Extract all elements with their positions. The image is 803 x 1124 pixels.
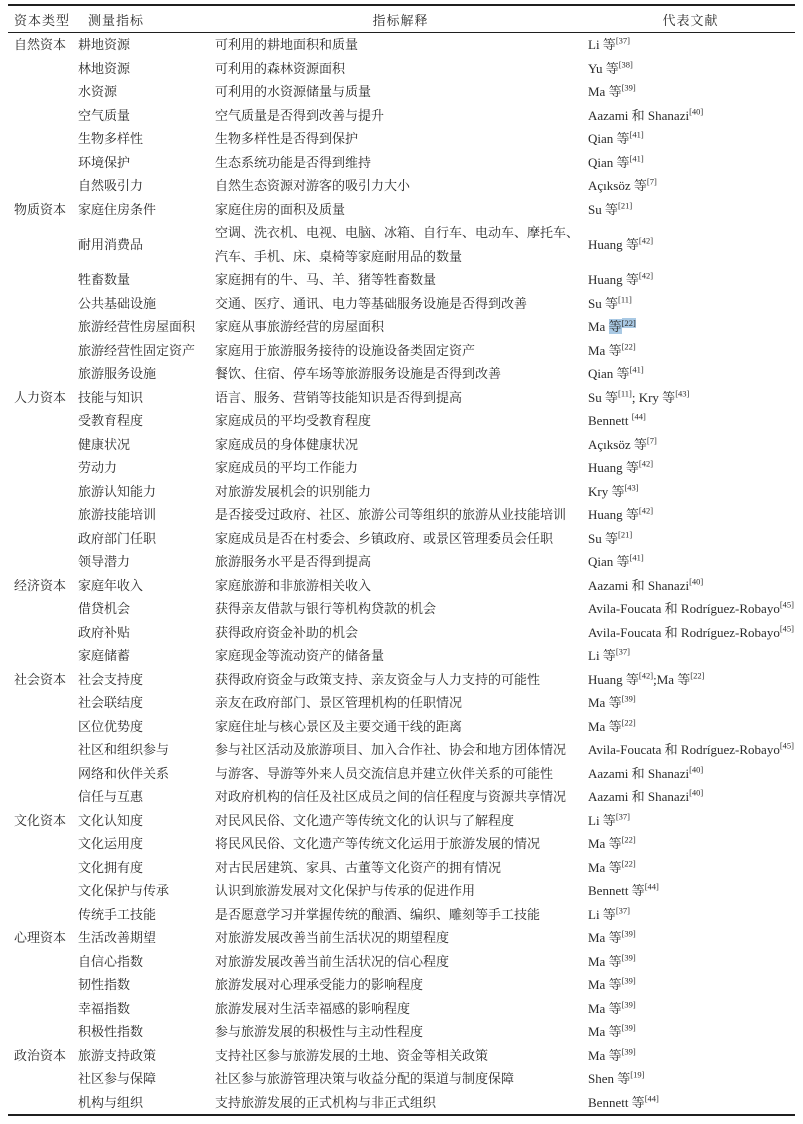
indicator-label: 劳动力	[78, 460, 117, 475]
table-row: 领导潜力旅游服务水平是否得到提高Qian 等[41]	[8, 550, 795, 574]
indicator-label: 借贷机会	[78, 601, 130, 616]
explanation-text: 家庭住址与核心景区及主要交通干线的距离	[215, 719, 462, 734]
explanation-cell: 旅游服务水平是否得到提高	[215, 550, 586, 574]
explanation-text: 亲友在政府部门、景区管理机构的任职情况	[215, 695, 462, 710]
explanation-text: 对政府机构的信任及社区成员之间的信任程度与资源共享情况	[215, 789, 566, 804]
explanation-cell: 与游客、导游等外来人员交流信息并建立伙伴关系的可能性	[215, 762, 586, 786]
citation-superscript: [40]	[689, 576, 703, 586]
citation-superscript: [41]	[630, 153, 644, 163]
table-row: 耐用消费品空调、洗衣机、电视、电脑、冰箱、自行车、电动车、摩托车、汽车、手机、床…	[8, 221, 795, 268]
table-row: 文化资本文化认知度对民风民俗、文化遗产等传统文化的认识与了解程度Li 等[37]	[8, 809, 795, 833]
capital-type-cell	[8, 691, 78, 715]
citation-superscript: [7]	[647, 177, 657, 187]
indicator-cell: 环境保护	[78, 151, 215, 175]
explanation-cell: 旅游发展对生活幸福感的影响程度	[215, 997, 586, 1021]
reference-cell: Su 等[11]; Kry 等[43]	[586, 386, 795, 410]
explanation-cell: 语言、服务、营销等技能知识是否得到提高	[215, 386, 586, 410]
table-row: 借贷机会获得亲友借款与银行等机构贷款的机会Avila-Foucata 和 Rod…	[8, 597, 795, 621]
explanation-text: 获得政府资金补助的机会	[215, 625, 358, 640]
indicator-label: 旅游服务设施	[78, 366, 156, 381]
reference-text: Huang 等	[588, 237, 639, 252]
explanation-text: 获得政府资金与政策支持、亲友资金与人力支持的可能性	[215, 672, 540, 687]
reference-text: Bennett 等	[588, 883, 645, 898]
explanation-text: 可利用的森林资源面积	[215, 61, 345, 76]
indicator-cell: 传统手工技能	[78, 903, 215, 927]
explanation-cell: 对民风民俗、文化遗产等传统文化的认识与了解程度	[215, 809, 586, 833]
indicator-cell: 文化拥有度	[78, 856, 215, 880]
capital-type-cell	[8, 527, 78, 551]
column-header-capital-type: 资本类型	[8, 5, 78, 33]
indicator-label: 文化拥有度	[78, 860, 143, 875]
capital-type-cell	[8, 456, 78, 480]
capital-type-cell	[8, 315, 78, 339]
citation-superscript: [11]	[618, 294, 632, 304]
page: 资本类型 测量指标 指标解释 代表文献 自然资本耕地资源可利用的耕地面积和质量L…	[0, 0, 803, 1124]
capital-type-cell	[8, 762, 78, 786]
table-row: 政府部门任职家庭成员是否在村委会、乡镇政府、或景区管理委员会任职Su 等[21]	[8, 527, 795, 551]
indicator-label: 旅游经营性房屋面积	[78, 319, 195, 334]
table-row: 环境保护生态系统功能是否得到维持Qian 等[41]	[8, 151, 795, 175]
citation-superscript: [22]	[622, 717, 636, 727]
citation-superscript: [45]	[780, 741, 794, 751]
explanation-cell: 是否接受过政府、社区、旅游公司等组织的旅游从业技能培训	[215, 503, 586, 527]
indicator-cell: 耕地资源	[78, 33, 215, 57]
reference-cell: Shen 等[19]	[586, 1067, 795, 1091]
table-row: 家庭储蓄家庭现金等流动资产的储备量Li 等[37]	[8, 644, 795, 668]
explanation-text: 对古民居建筑、家具、古董等文化资产的拥有情况	[215, 860, 501, 875]
reference-text: Su 等	[588, 202, 618, 217]
table-row: 心理资本生活改善期望对旅游发展改善当前生活状况的期望程度Ma 等[39]	[8, 926, 795, 950]
explanation-text: 空气质量是否得到改善与提升	[215, 108, 384, 123]
reference-cell: Açıksöz 等[7]	[586, 433, 795, 457]
table-row: 旅游技能培训是否接受过政府、社区、旅游公司等组织的旅游从业技能培训Huang 等…	[8, 503, 795, 527]
capital-type-cell: 社会资本	[8, 668, 78, 692]
reference-text: Qian 等	[588, 366, 630, 381]
explanation-cell: 对旅游发展改善当前生活状况的期望程度	[215, 926, 586, 950]
reference-cell: Li 等[37]	[586, 33, 795, 57]
reference-cell: Ma 等[39]	[586, 973, 795, 997]
explanation-cell: 家庭成员的平均受教育程度	[215, 409, 586, 433]
table-row: 自信心指数对旅游发展改善当前生活状况的信心程度Ma 等[39]	[8, 950, 795, 974]
indicator-cell: 韧性指数	[78, 973, 215, 997]
capital-type-cell: 经济资本	[8, 574, 78, 598]
explanation-text: 是否愿意学习并掌握传统的酿酒、编织、雕刻等手工技能	[215, 907, 540, 922]
indicator-label: 文化运用度	[78, 836, 143, 851]
capital-type-cell	[8, 785, 78, 809]
reference-text: Shen 等	[588, 1071, 630, 1086]
citation-superscript: [22]	[690, 670, 704, 680]
reference-cell: Qian 等[41]	[586, 127, 795, 151]
explanation-cell: 亲友在政府部门、景区管理机构的任职情况	[215, 691, 586, 715]
indicator-cell: 社区参与保障	[78, 1067, 215, 1091]
indicator-cell: 家庭储蓄	[78, 644, 215, 668]
capital-type-cell	[8, 621, 78, 645]
indicator-cell: 社会联结度	[78, 691, 215, 715]
citation-superscript: [40]	[689, 764, 703, 774]
citation-superscript: [39]	[622, 976, 636, 986]
capital-type-label: 自然资本	[14, 37, 66, 52]
reference-text: Qian 等	[588, 155, 630, 170]
indicator-label: 家庭年收入	[78, 578, 143, 593]
table-row: 积极性指数参与旅游发展的积极性与主动性程度Ma 等[39]	[8, 1020, 795, 1044]
citation-superscript: [43]	[675, 388, 689, 398]
explanation-text: 对旅游发展改善当前生活状况的期望程度	[215, 930, 449, 945]
citation-superscript: [40]	[689, 106, 703, 116]
indicator-cell: 旅游经营性固定资产	[78, 339, 215, 363]
reference-cell: Açıksöz 等[7]	[586, 174, 795, 198]
indicator-label: 林地资源	[78, 61, 130, 76]
explanation-text: 支持社区参与旅游发展的土地、资金等相关政策	[215, 1048, 488, 1063]
capital-type-cell	[8, 550, 78, 574]
explanation-cell: 交通、医疗、通讯、电力等基础服务设施是否得到改善	[215, 292, 586, 316]
indicator-cell: 社会支持度	[78, 668, 215, 692]
indicator-label: 生活改善期望	[78, 930, 156, 945]
table-row: 机构与组织支持旅游发展的正式机构与非正式组织Bennett 等[44]	[8, 1091, 795, 1116]
capital-type-cell	[8, 973, 78, 997]
indicator-table: 资本类型 测量指标 指标解释 代表文献 自然资本耕地资源可利用的耕地面积和质量L…	[8, 4, 795, 1116]
indicator-cell: 旅游认知能力	[78, 480, 215, 504]
explanation-text: 对旅游发展改善当前生活状况的信心程度	[215, 954, 449, 969]
reference-cell: Su 等[11]	[586, 292, 795, 316]
reference-cell: Aazami 和 Shanazi[40]	[586, 574, 795, 598]
capital-type-cell	[8, 151, 78, 175]
explanation-text: 支持旅游发展的正式机构与非正式组织	[215, 1095, 436, 1110]
citation-superscript: [41]	[630, 365, 644, 375]
table-row: 旅游经营性房屋面积家庭从事旅游经营的房屋面积Ma 等[22]	[8, 315, 795, 339]
explanation-text: 旅游发展对生活幸福感的影响程度	[215, 1001, 410, 1016]
table-row: 传统手工技能是否愿意学习并掌握传统的酿酒、编织、雕刻等手工技能Li 等[37]	[8, 903, 795, 927]
capital-type-cell	[8, 292, 78, 316]
capital-type-cell	[8, 1067, 78, 1091]
indicator-cell: 公共基础设施	[78, 292, 215, 316]
indicator-cell: 林地资源	[78, 57, 215, 81]
indicator-label: 耐用消费品	[78, 237, 143, 252]
indicator-cell: 空气质量	[78, 104, 215, 128]
indicator-cell: 文化认知度	[78, 809, 215, 833]
table-row: 旅游经营性固定资产家庭用于旅游服务接待的设施设备类固定资产Ma 等[22]	[8, 339, 795, 363]
table-row: 韧性指数旅游发展对心理承受能力的影响程度Ma 等[39]	[8, 973, 795, 997]
column-header-reference: 代表文献	[586, 5, 795, 33]
reference-cell: Ma 等[22]	[586, 832, 795, 856]
explanation-text: 空调、洗衣机、电视、电脑、冰箱、自行车、电动车、摩托车、汽车、手机、床、桌椅等家…	[215, 225, 579, 264]
reference-cell: Kry 等[43]	[586, 480, 795, 504]
indicator-cell: 健康状况	[78, 433, 215, 457]
indicator-cell: 家庭年收入	[78, 574, 215, 598]
reference-cell: Bennett 等[44]	[586, 879, 795, 903]
indicator-label: 水资源	[78, 84, 117, 99]
explanation-text: 家庭现金等流动资产的储备量	[215, 648, 384, 663]
capital-type-cell	[8, 480, 78, 504]
reference-text: Huang 等	[588, 460, 639, 475]
reference-text: Ma 等	[588, 1001, 622, 1016]
indicator-cell: 旅游经营性房屋面积	[78, 315, 215, 339]
indicator-label: 受教育程度	[78, 413, 143, 428]
reference-text: Qian 等	[588, 131, 630, 146]
indicator-label: 健康状况	[78, 437, 130, 452]
indicator-label: 旅游经营性固定资产	[78, 343, 195, 358]
reference-text: Huang 等	[588, 672, 639, 687]
citation-superscript: [37]	[616, 811, 630, 821]
reference-cell: Ma 等[39]	[586, 997, 795, 1021]
table-row: 自然吸引力自然生态资源对游客的吸引力大小Açıksöz 等[7]	[8, 174, 795, 198]
explanation-text: 家庭成员的平均工作能力	[215, 460, 358, 475]
reference-cell: Huang 等[42]	[586, 221, 795, 268]
reference-text: Li 等	[588, 648, 616, 663]
indicator-label: 网络和伙伴关系	[78, 766, 169, 781]
explanation-text: 旅游发展对心理承受能力的影响程度	[215, 977, 423, 992]
reference-text: Kry 等	[588, 484, 624, 499]
explanation-text: 可利用的耕地面积和质量	[215, 37, 358, 52]
indicator-label: 自然吸引力	[78, 178, 143, 193]
citation-superscript: [42]	[639, 235, 653, 245]
reference-text: Açıksöz 等	[588, 437, 647, 452]
reference-text: Ma 等	[588, 860, 622, 875]
citation-superscript: [42]	[639, 506, 653, 516]
citation-superscript: [38]	[619, 59, 633, 69]
explanation-cell: 生物多样性是否得到保护	[215, 127, 586, 151]
explanation-text: 家庭拥有的牛、马、羊、猪等牲畜数量	[215, 272, 436, 287]
indicator-label: 社会支持度	[78, 672, 143, 687]
indicator-cell: 领导潜力	[78, 550, 215, 574]
reference-cell: Ma 等[22]	[586, 315, 795, 339]
reference-cell: Ma 等[39]	[586, 950, 795, 974]
indicator-label: 技能与知识	[78, 390, 143, 405]
capital-type-cell	[8, 997, 78, 1021]
reference-text: Avila-Foucata 和 Rodríguez-Robayo	[588, 625, 780, 640]
indicator-label: 家庭储蓄	[78, 648, 130, 663]
explanation-text: 自然生态资源对游客的吸引力大小	[215, 178, 410, 193]
capital-type-cell	[8, 715, 78, 739]
reference-text: Avila-Foucata 和 Rodríguez-Robayo	[588, 742, 780, 757]
reference-cell: Ma 等[39]	[586, 1044, 795, 1068]
citation-superscript: [21]	[618, 529, 632, 539]
reference-text: Li 等	[588, 37, 616, 52]
citation-superscript: [39]	[622, 1023, 636, 1033]
capital-type-cell	[8, 856, 78, 880]
indicator-cell: 信任与互惠	[78, 785, 215, 809]
reference-text: Ma 等	[588, 84, 622, 99]
explanation-cell: 家庭现金等流动资产的储备量	[215, 644, 586, 668]
reference-text: Aazami 和 Shanazi	[588, 108, 689, 123]
table-row: 水资源可利用的水资源储量与质量Ma 等[39]	[8, 80, 795, 104]
indicator-cell: 借贷机会	[78, 597, 215, 621]
explanation-cell: 家庭住址与核心景区及主要交通干线的距离	[215, 715, 586, 739]
reference-text: Qian 等	[588, 554, 630, 569]
citation-superscript: [22]	[622, 858, 636, 868]
reference-cell: Huang 等[42]	[586, 503, 795, 527]
capital-type-cell: 自然资本	[8, 33, 78, 57]
reference-cell: Qian 等[41]	[586, 362, 795, 386]
table-row: 幸福指数旅游发展对生活幸福感的影响程度Ma 等[39]	[8, 997, 795, 1021]
reference-cell: Qian 等[41]	[586, 550, 795, 574]
capital-type-cell	[8, 879, 78, 903]
indicator-cell: 受教育程度	[78, 409, 215, 433]
explanation-text: 餐饮、住宿、停车场等旅游服务设施是否得到改善	[215, 366, 501, 381]
explanation-text: 家庭用于旅游服务接待的设施设备类固定资产	[215, 343, 475, 358]
reference-cell: Avila-Foucata 和 Rodríguez-Robayo[45]	[586, 738, 795, 762]
reference-text: Ma 等	[588, 1048, 622, 1063]
citation-superscript: [22]	[622, 318, 636, 328]
indicator-cell: 文化保护与传承	[78, 879, 215, 903]
explanation-text: 语言、服务、营销等技能知识是否得到提高	[215, 390, 462, 405]
table-row: 人力资本技能与知识语言、服务、营销等技能知识是否得到提高Su 等[11]; Kr…	[8, 386, 795, 410]
capital-type-cell	[8, 174, 78, 198]
table-row: 公共基础设施交通、医疗、通讯、电力等基础服务设施是否得到改善Su 等[11]	[8, 292, 795, 316]
explanation-text: 对旅游发展机会的识别能力	[215, 484, 371, 499]
capital-type-cell	[8, 57, 78, 81]
reference-text: Bennett	[588, 413, 632, 428]
table-row: 政治资本旅游支持政策支持社区参与旅游发展的土地、资金等相关政策Ma 等[39]	[8, 1044, 795, 1068]
reference-cell: Bennett [44]	[586, 409, 795, 433]
explanation-cell: 获得亲友借款与银行等机构贷款的机会	[215, 597, 586, 621]
capital-type-cell	[8, 503, 78, 527]
citation-superscript: [22]	[622, 835, 636, 845]
citation-superscript: [40]	[689, 788, 703, 798]
explanation-cell: 参与社区活动及旅游项目、加入合作社、协会和地方团体情况	[215, 738, 586, 762]
capital-type-cell	[8, 1020, 78, 1044]
capital-type-cell	[8, 339, 78, 363]
explanation-cell: 家庭住房的面积及质量	[215, 198, 586, 222]
explanation-cell: 参与旅游发展的积极性与主动性程度	[215, 1020, 586, 1044]
reference-text: Ma 等	[588, 977, 622, 992]
citation-superscript: [22]	[622, 341, 636, 351]
explanation-cell: 旅游发展对心理承受能力的影响程度	[215, 973, 586, 997]
capital-type-cell	[8, 221, 78, 268]
table-row: 社会资本社会支持度获得政府资金与政策支持、亲友资金与人力支持的可能性Huang …	[8, 668, 795, 692]
indicator-cell: 牲畜数量	[78, 268, 215, 292]
table-row: 物质资本家庭住房条件家庭住房的面积及质量Su 等[21]	[8, 198, 795, 222]
indicator-cell: 耐用消费品	[78, 221, 215, 268]
capital-type-label: 社会资本	[14, 672, 66, 687]
reference-cell: Bennett 等[44]	[586, 1091, 795, 1116]
reference-text: Bennett 等	[588, 1095, 645, 1110]
explanation-cell: 生态系统功能是否得到维持	[215, 151, 586, 175]
reference-cell: Qian 等[41]	[586, 151, 795, 175]
indicator-label: 积极性指数	[78, 1024, 143, 1039]
citation-superscript: [42]	[639, 670, 653, 680]
indicator-label: 文化认知度	[78, 813, 143, 828]
explanation-cell: 支持旅游发展的正式机构与非正式组织	[215, 1091, 586, 1116]
table-row: 自然资本耕地资源可利用的耕地面积和质量Li 等[37]	[8, 33, 795, 57]
reference-cell: Ma 等[39]	[586, 691, 795, 715]
explanation-cell: 支持社区参与旅游发展的土地、资金等相关政策	[215, 1044, 586, 1068]
table-row: 生物多样性生物多样性是否得到保护Qian 等[41]	[8, 127, 795, 151]
explanation-cell: 获得政府资金与政策支持、亲友资金与人力支持的可能性	[215, 668, 586, 692]
capital-type-label: 心理资本	[14, 930, 66, 945]
citation-superscript: [39]	[622, 694, 636, 704]
capital-type-cell	[8, 903, 78, 927]
reference-text: Aazami 和 Shanazi	[588, 789, 689, 804]
reference-cell: Avila-Foucata 和 Rodríguez-Robayo[45]	[586, 597, 795, 621]
indicator-cell: 社区和组织参与	[78, 738, 215, 762]
citation-superscript: [39]	[622, 999, 636, 1009]
column-header-explanation: 指标解释	[215, 5, 586, 33]
explanation-cell: 是否愿意学习并掌握传统的酿酒、编织、雕刻等手工技能	[215, 903, 586, 927]
indicator-label: 家庭住房条件	[78, 202, 156, 217]
capital-type-cell	[8, 362, 78, 386]
capital-type-cell	[8, 433, 78, 457]
explanation-cell: 家庭拥有的牛、马、羊、猪等牲畜数量	[215, 268, 586, 292]
indicator-label: 社会联结度	[78, 695, 143, 710]
reference-text: Ma 等	[588, 954, 622, 969]
reference-text: Ma 等	[588, 343, 622, 358]
reference-text: Huang 等	[588, 507, 639, 522]
capital-type-cell: 人力资本	[8, 386, 78, 410]
explanation-text: 获得亲友借款与银行等机构贷款的机会	[215, 601, 436, 616]
citation-superscript: [39]	[622, 1046, 636, 1056]
capital-type-cell	[8, 644, 78, 668]
table-header: 资本类型 测量指标 指标解释 代表文献	[8, 5, 795, 33]
explanation-cell: 餐饮、住宿、停车场等旅游服务设施是否得到改善	[215, 362, 586, 386]
explanation-cell: 家庭成员的身体健康状况	[215, 433, 586, 457]
explanation-cell: 将民风民俗、文化遗产等传统文化运用于旅游发展的情况	[215, 832, 586, 856]
explanation-cell: 对古民居建筑、家具、古董等文化资产的拥有情况	[215, 856, 586, 880]
explanation-text: 将民风民俗、文化遗产等传统文化运用于旅游发展的情况	[215, 836, 540, 851]
capital-type-cell: 文化资本	[8, 809, 78, 833]
reference-text: Su 等	[588, 296, 618, 311]
indicator-cell: 家庭住房条件	[78, 198, 215, 222]
indicator-cell: 幸福指数	[78, 997, 215, 1021]
reference-cell: Su 等[21]	[586, 527, 795, 551]
citation-superscript: [39]	[622, 929, 636, 939]
explanation-text: 家庭成员的身体健康状况	[215, 437, 358, 452]
capital-type-label: 经济资本	[14, 578, 66, 593]
indicator-cell: 积极性指数	[78, 1020, 215, 1044]
explanation-cell: 家庭成员是否在村委会、乡镇政府、或景区管理委员会任职	[215, 527, 586, 551]
indicator-label: 旅游支持政策	[78, 1048, 156, 1063]
indicator-cell: 生物多样性	[78, 127, 215, 151]
explanation-cell: 认识到旅游发展对文化保护与传承的促进作用	[215, 879, 586, 903]
citation-superscript: [37]	[616, 36, 630, 46]
citation-superscript: [19]	[630, 1070, 644, 1080]
indicator-label: 区位优势度	[78, 719, 143, 734]
reference-text: Li 等	[588, 813, 616, 828]
explanation-cell: 对旅游发展改善当前生活状况的信心程度	[215, 950, 586, 974]
indicator-label: 韧性指数	[78, 977, 130, 992]
reference-cell: Aazami 和 Shanazi[40]	[586, 104, 795, 128]
explanation-cell: 可利用的森林资源面积	[215, 57, 586, 81]
table-row: 林地资源可利用的森林资源面积Yu 等[38]	[8, 57, 795, 81]
table-row: 健康状况家庭成员的身体健康状况Açıksöz 等[7]	[8, 433, 795, 457]
reference-cell: Ma 等[22]	[586, 339, 795, 363]
capital-type-cell	[8, 832, 78, 856]
explanation-text: 家庭从事旅游经营的房屋面积	[215, 319, 384, 334]
explanation-cell: 可利用的水资源储量与质量	[215, 80, 586, 104]
explanation-cell: 自然生态资源对游客的吸引力大小	[215, 174, 586, 198]
capital-type-cell	[8, 738, 78, 762]
explanation-text: 与游客、导游等外来人员交流信息并建立伙伴关系的可能性	[215, 766, 553, 781]
table-row: 经济资本家庭年收入家庭旅游和非旅游相关收入Aazami 和 Shanazi[40…	[8, 574, 795, 598]
table-row: 政府补贴获得政府资金补助的机会Avila-Foucata 和 Rodríguez…	[8, 621, 795, 645]
indicator-label: 幸福指数	[78, 1001, 130, 1016]
table-row: 社会联结度亲友在政府部门、景区管理机构的任职情况Ma 等[39]	[8, 691, 795, 715]
capital-type-cell: 政治资本	[8, 1044, 78, 1068]
reference-cell: Li 等[37]	[586, 644, 795, 668]
reference-cell: Su 等[21]	[586, 198, 795, 222]
explanation-text: 参与旅游发展的积极性与主动性程度	[215, 1024, 423, 1039]
indicator-cell: 自信心指数	[78, 950, 215, 974]
reference-cell: Aazami 和 Shanazi[40]	[586, 785, 795, 809]
indicator-label: 机构与组织	[78, 1095, 143, 1110]
reference-text: Li 等	[588, 907, 616, 922]
citation-superscript: [41]	[630, 553, 644, 563]
citation-superscript: [11]	[618, 388, 632, 398]
indicator-label: 公共基础设施	[78, 296, 156, 311]
citation-superscript: [42]	[639, 271, 653, 281]
indicator-cell: 政府部门任职	[78, 527, 215, 551]
indicator-label: 政府部门任职	[78, 531, 156, 546]
table-row: 网络和伙伴关系与游客、导游等外来人员交流信息并建立伙伴关系的可能性Aazami …	[8, 762, 795, 786]
